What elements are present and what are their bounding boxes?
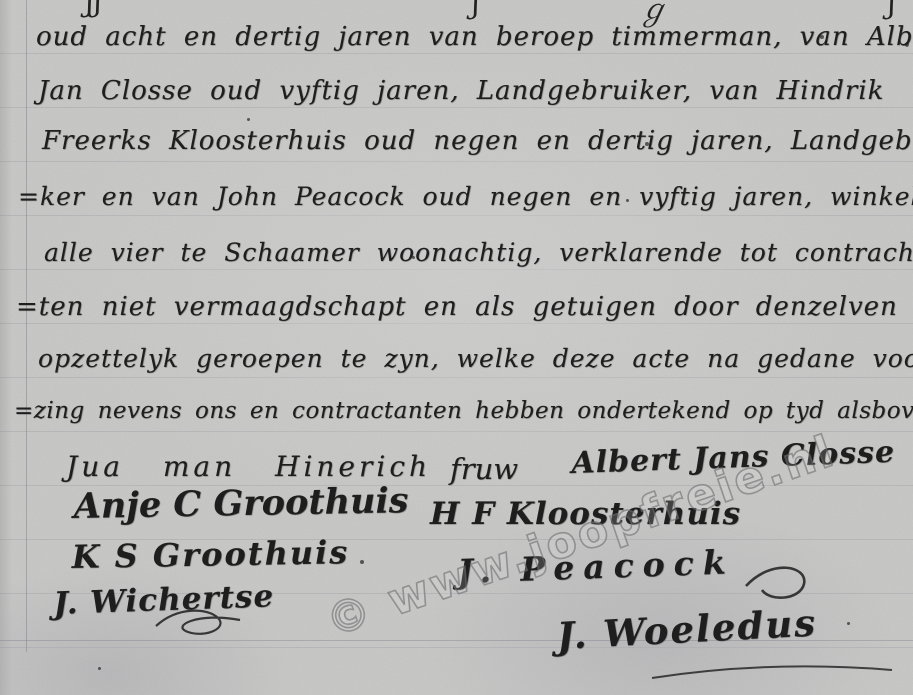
ink-speck — [905, 42, 909, 47]
ink-speck — [247, 118, 250, 121]
signature: Anje C Groothuis — [73, 480, 409, 527]
cutoff-stroke-fragment: ʃʃ — [86, 0, 102, 19]
document-line: alle vier te Schaamer woonachtig, verkla… — [44, 238, 913, 267]
ink-speck — [98, 667, 101, 670]
document-line: oud acht en dertig jaren van beroep timm… — [36, 22, 913, 52]
document-line: Jan Closse oud vyftig jaren, Landgebruik… — [38, 76, 884, 106]
ink-speck — [360, 560, 364, 564]
cutoff-stroke-fragment: ʃ — [888, 0, 896, 21]
signature: fruw — [450, 452, 518, 486]
ink-speck — [645, 142, 649, 146]
ink-speck — [626, 199, 629, 202]
ink-speck — [412, 256, 415, 259]
document-line: =zing nevens ons en contractanten hebben… — [14, 398, 913, 424]
cutoff-stroke-fragment: ʃ — [472, 0, 480, 21]
scanned-document-page: ʃʃ ʃ ℊ ʃ oud acht en dertig jaren van be… — [0, 0, 913, 695]
document-line: =ker en van John Peacock oud negen en vy… — [18, 182, 913, 211]
signature: J. Woeledus — [556, 600, 818, 658]
ink-speck — [847, 622, 850, 625]
document-line: opzettelyk geroepen te zyn, welke deze a… — [38, 344, 913, 373]
signature-flourish — [148, 604, 248, 642]
signature-flourish — [648, 658, 898, 684]
signature-flourish — [742, 556, 812, 606]
document-line: Freerks Kloosterhuis oud negen en dertig… — [42, 126, 913, 156]
document-line: =ten niet vermaagdschapt en als getuigen… — [16, 292, 898, 322]
signature: Jua man Hinerich — [66, 450, 431, 483]
ledger-margin-line — [26, 0, 27, 652]
ink-speck — [820, 35, 824, 39]
signature: K S Groothuis — [71, 533, 349, 576]
